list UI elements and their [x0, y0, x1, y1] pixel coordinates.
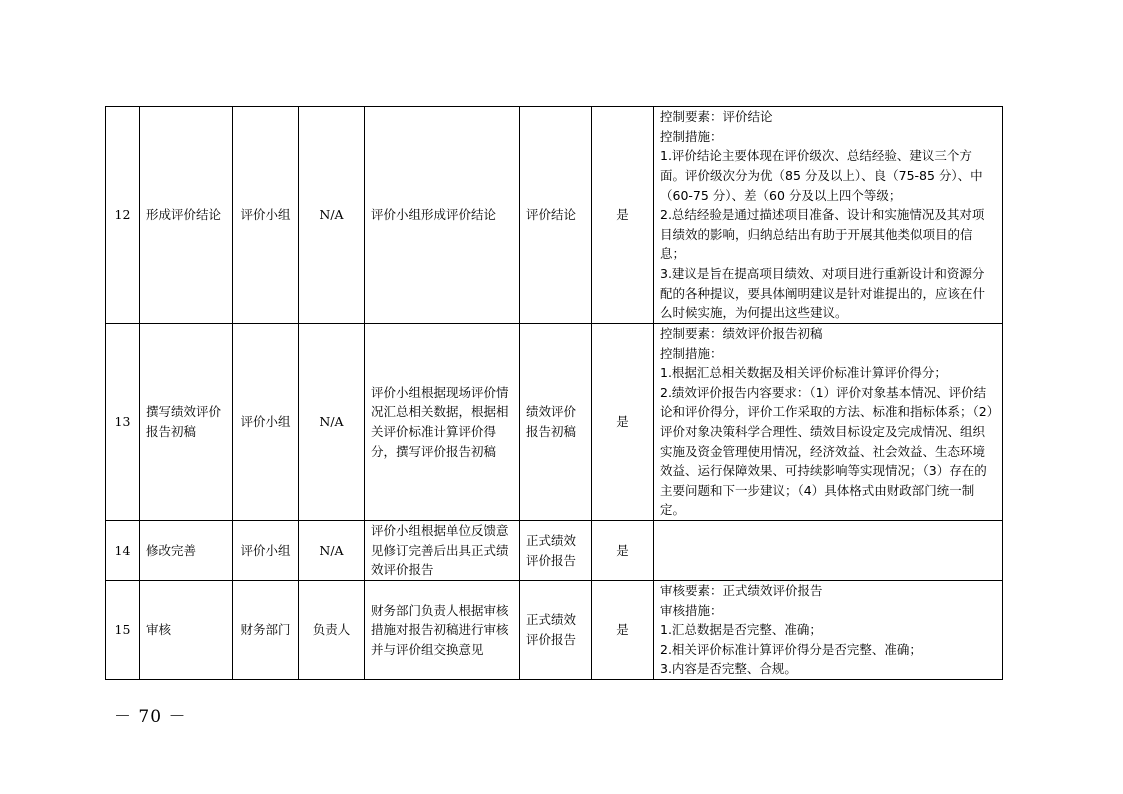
output-document: 正式绩效评价报告: [520, 521, 592, 581]
table-row: 12 形成评价结论 评价小组 N/A 评价小组形成评价结论 评价结论 是 控制要…: [106, 107, 1003, 324]
step-name: 撰写绩效评价报告初稿: [140, 324, 233, 521]
step-description: 评价小组根据单位反馈意见修订完善后出具正式绩效评价报告: [365, 521, 520, 581]
responsible-role: N/A: [299, 107, 365, 324]
responsible-role: N/A: [299, 521, 365, 581]
control-line: 1.根据汇总相关数据及相关评价标准计算评价得分；: [660, 363, 996, 383]
control-measures: 控制要素：绩效评价报告初稿 控制措施： 1.根据汇总相关数据及相关评价标准计算评…: [654, 324, 1003, 521]
page-number: － 70 －: [114, 702, 186, 727]
key-control-flag: 是: [592, 107, 654, 324]
control-line: 控制要素：绩效评价报告初稿: [660, 324, 996, 344]
output-document: 绩效评价报告初稿: [520, 324, 592, 521]
step-description: 评价小组形成评价结论: [365, 107, 520, 324]
step-description: 财务部门负责人根据审核措施对报告初稿进行审核并与评价组交换意见: [365, 581, 520, 680]
step-number: 15: [106, 581, 140, 680]
control-measures: 控制要素：评价结论 控制措施： 1.评价结论主要体现在评价级次、总结经验、建议三…: [654, 107, 1003, 324]
step-name: 形成评价结论: [140, 107, 233, 324]
control-line: 控制要素：评价结论: [660, 107, 996, 127]
control-line: 2.总结经验是通过描述项目准备、设计和实施情况及其对项目绩效的影响，归纳总结出有…: [660, 205, 996, 264]
control-line: 2.相关评价标准计算评价得分是否完整、准确；: [660, 640, 996, 660]
responsible-role: 负责人: [299, 581, 365, 680]
document-page: 12 形成评价结论 评价小组 N/A 评价小组形成评价结论 评价结论 是 控制要…: [0, 0, 1123, 794]
control-line: 控制措施：: [660, 344, 996, 364]
step-name: 审核: [140, 581, 233, 680]
output-document: 正式绩效评价报告: [520, 581, 592, 680]
step-number: 14: [106, 521, 140, 581]
control-line: 3.建议是旨在提高项目绩效、对项目进行重新设计和资源分配的各种提议，要具体阐明建…: [660, 264, 996, 323]
output-document: 评价结论: [520, 107, 592, 324]
control-line: 1.汇总数据是否完整、准确；: [660, 620, 996, 640]
key-control-flag: 是: [592, 324, 654, 521]
control-measures: 审核要素：正式绩效评价报告 审核措施： 1.汇总数据是否完整、准确； 2.相关评…: [654, 581, 1003, 680]
table-row: 13 撰写绩效评价报告初稿 评价小组 N/A 评价小组根据现场评价情况汇总相关数…: [106, 324, 1003, 521]
process-control-table: 12 形成评价结论 评价小组 N/A 评价小组形成评价结论 评价结论 是 控制要…: [105, 106, 1003, 680]
control-line: 审核要素：正式绩效评价报告: [660, 581, 996, 601]
step-number: 12: [106, 107, 140, 324]
table-row: 14 修改完善 评价小组 N/A 评价小组根据单位反馈意见修订完善后出具正式绩效…: [106, 521, 1003, 581]
responsible-department: 评价小组: [233, 107, 299, 324]
control-measures: [654, 521, 1003, 581]
responsible-department: 评价小组: [233, 521, 299, 581]
table-row: 15 审核 财务部门 负责人 财务部门负责人根据审核措施对报告初稿进行审核并与评…: [106, 581, 1003, 680]
key-control-flag: 是: [592, 521, 654, 581]
key-control-flag: 是: [592, 581, 654, 680]
responsible-department: 评价小组: [233, 324, 299, 521]
responsible-role: N/A: [299, 324, 365, 521]
control-line: 1.评价结论主要体现在评价级次、总结经验、建议三个方面。评价级次分为优（85 分…: [660, 146, 996, 205]
control-line: 3.内容是否完整、合规。: [660, 659, 996, 679]
control-line: 审核措施：: [660, 601, 996, 621]
step-name: 修改完善: [140, 521, 233, 581]
step-description: 评价小组根据现场评价情况汇总相关数据，根据相关评价标准计算评价得分，撰写评价报告…: [365, 324, 520, 521]
control-line: 控制措施：: [660, 127, 996, 147]
step-number: 13: [106, 324, 140, 521]
control-line: 2.绩效评价报告内容要求：（1）评价对象基本情况、评价结论和评价得分，评价工作采…: [660, 383, 996, 520]
responsible-department: 财务部门: [233, 581, 299, 680]
